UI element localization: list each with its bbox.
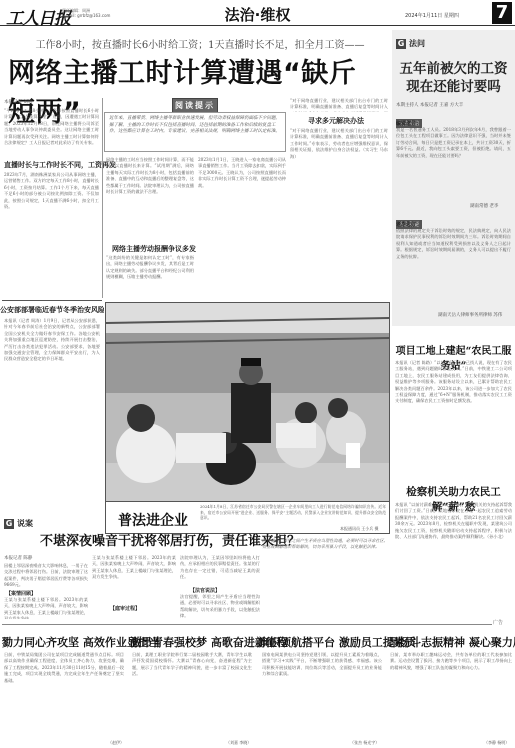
sidebar-title: 五年前被欠的工资 现在还能讨要吗 [392,60,515,96]
case-label-3: 【法官说法】 [190,587,220,594]
ad-divider [2,624,492,625]
bottom-story-3-credit: （张杰 杨光宇） [350,740,379,746]
expert-sign: 湖南天岳人律师事务所律师 苏伟 [438,312,502,318]
issue-date: 2024年1月11日 星期四 [405,12,459,19]
column-divider [102,98,103,298]
lead-subhead-3: 寻求多元解决办法 [308,116,364,126]
reader-sign: 湖南常德 老李 [470,203,498,209]
factory-photo-illustration [106,303,390,502]
bottom-story-3-headline: 旗帜领航搭平台 激励员工提素质 [258,634,384,650]
short-news-headline: 公安部部署临近春节冬季治安风险防范工作 [0,305,104,315]
case-label-1: 【案情回顾】 [6,590,36,597]
lead-body-5: “对于网络直播行业，建议相关部门出台专门的工时计算标准，明确直播前准备、直播后复… [290,128,388,299]
reader-greeting: 编辑您好： [396,120,421,127]
sidebar-byline: 本期主持人 本报记者 王嘉 方大丰 [396,102,463,108]
reading-tip-summary: 近年来，直播带货、网络主播等新职业快速发展，但劳动者权益保障仍面临不少问题。据了… [104,112,286,152]
expert-answer: 依照法律的规定关于诉讼时效的规定，民法典规定，向人民法院请求保护民事权利的诉讼时… [396,228,511,308]
lead-subhead-1: 直播时长与工作时长不同，工资再发 [4,160,116,170]
lead-body-1: 2023年7月，湖南株洲某家具公司从事网络主播，运营销售工作。双方约定每天工作8… [4,172,99,298]
lead-body-4: 2023年1月1日，王晓进入一家电商直播公司从事直播销售工作。当月工资除去扣款，… [198,157,286,299]
case-label-2: 【庭审过程】 [110,605,140,612]
case-intro: 因楼上邻居深夜噪音太大影响休息，一男子在交涉过程中将邻居打伤。日前，法院审理了这… [4,563,88,589]
sidebar-tag: G法问 [396,38,425,49]
lead-body-2: 网络主播的工时应当按照工作时间计算，而不能简单以直播时长来计算。“试用期”满后，… [106,157,194,235]
lead-subhead-2: 网络主播劳动报酬争议多发 [112,244,196,254]
column-logo-icon: G [396,39,406,49]
case-body-2: 法院审理认为，王某因邻里纠纷将他人打伤，应承担相应的民事赔偿责任。张某的行为也存… [180,555,260,585]
case-body-1b: 王某与张某系楼上楼下邻居。2023年的某天，因张某家晚上大声吵闹，声音较大，影响… [92,555,176,600]
ad-label: 广告 [493,619,503,626]
case-tag: G说案 [4,518,33,529]
bottom-story-2-body: 日前，某理工职业学院举行第二届校园歌手大赛，青年学生以歌声抒发爱国爱校情怀。大赛… [132,652,252,738]
case-byline: 本报记者 陈静 [4,555,32,561]
lead-intro: “平时每天工作8小时，工资却按照直播时长6小时计算，这怎么能算合理？”近期，因遭… [4,108,99,156]
photo-caption: 2024年1月8日，江苏省宿迁市公安局民警在辖区一企业车间里向工人进行防范电信网… [200,504,386,524]
bottom-story-1-credit: （赵伊） [108,740,124,746]
side-story-2-body: 本报讯 “以前讨薪难，几个月的时间，检察机关的支持起诉帮我们讨回了工资。”日前，… [395,502,512,610]
lead-body-5a: “对于网络直播行业，建议相关部门出台专门的工时计算标准，明确直播前准备、直播后复… [290,98,388,112]
divider [2,300,102,301]
bottom-story-3-body: 国家电网某供电公司坚持党建引领，以提升员工素质为着眼点，搭建“学习+实践”平台，… [262,652,382,738]
short-news-body: 本报讯（记者 周涛）1月9日，记者从公安部获悉，针对今年春节前后社会治安的新特点… [4,318,100,510]
column-logo-icon: G [4,519,14,529]
bottom-story-4-credit: （李静 杨明） [484,740,509,746]
lead-kicker: 工作8小时，按直播时长6小时给工资；1天直播时长不足，扣全月工资—— [20,36,380,51]
lead-byline: 本报记者 刘旭 [4,99,32,105]
case-body-1: 王某与张某系楼上楼下邻居。2023年的某天，因张某家晚上大声吵闹，声音较大，影响… [4,597,88,619]
lead-body-3: “这类纠纷的关键是如何认定工时”，有专家指出，网络主播劳动报酬争议多发，其背后是… [106,255,194,299]
case-body-3: 法官提醒，邻里之间产生矛盾应当理性沟通，必要时可以寻求社区、物业或调解组织帮助解… [180,594,260,618]
reader-letter: 我是一名普通务工人员。2018年3月到次年4月，我曾跟着一位包工头在工程项目做事… [396,127,511,195]
bottom-story-4-body: 日前，某市举办职工趣味运动会，共有各单位的职工代表参加比赛。运动会设置了拔河、接… [390,652,512,738]
photo-credit: 本报通讯员 王小兵 摄 [340,526,379,532]
expert-greeting: 老李您好： [396,221,421,228]
page-number: 7 [492,2,512,24]
bottom-story-1-body: 日前，中铁某局集团公司在某项目完成隧道贯通节点目标。项目部以高效作业确保工程进度… [4,652,124,738]
bottom-story-2-credit: （刘嘉 李晓） [226,740,251,746]
photo-label: 普法进企业 [118,510,188,530]
bottom-story-1-headline: 勠力同心齐攻坚 高效作业显担当 [2,634,126,650]
bottom-story-4-headline: 昂扬斗志振精神 凝心聚力展风貌 [388,634,514,650]
bottom-story-2-headline: 激昂青春强校梦 高歌奋进新征程 [130,634,254,650]
reading-tip-label: 阅读提示 [172,98,218,113]
news-photo [105,302,390,502]
case-body-3b: 法官提醒，邻里之间产生矛盾应当理性沟通，必要时可以寻求社区、物业或调解组织帮助解… [262,538,388,618]
side-story-1-body: 本报讯（记者 陈路）“以前我们只能自己找人说，现在有了农民工服务站，遇到问题随时… [395,360,512,478]
case-headline: 不堪深夜噪音干扰将邻居打伤，责任谁来担？ [40,530,270,549]
